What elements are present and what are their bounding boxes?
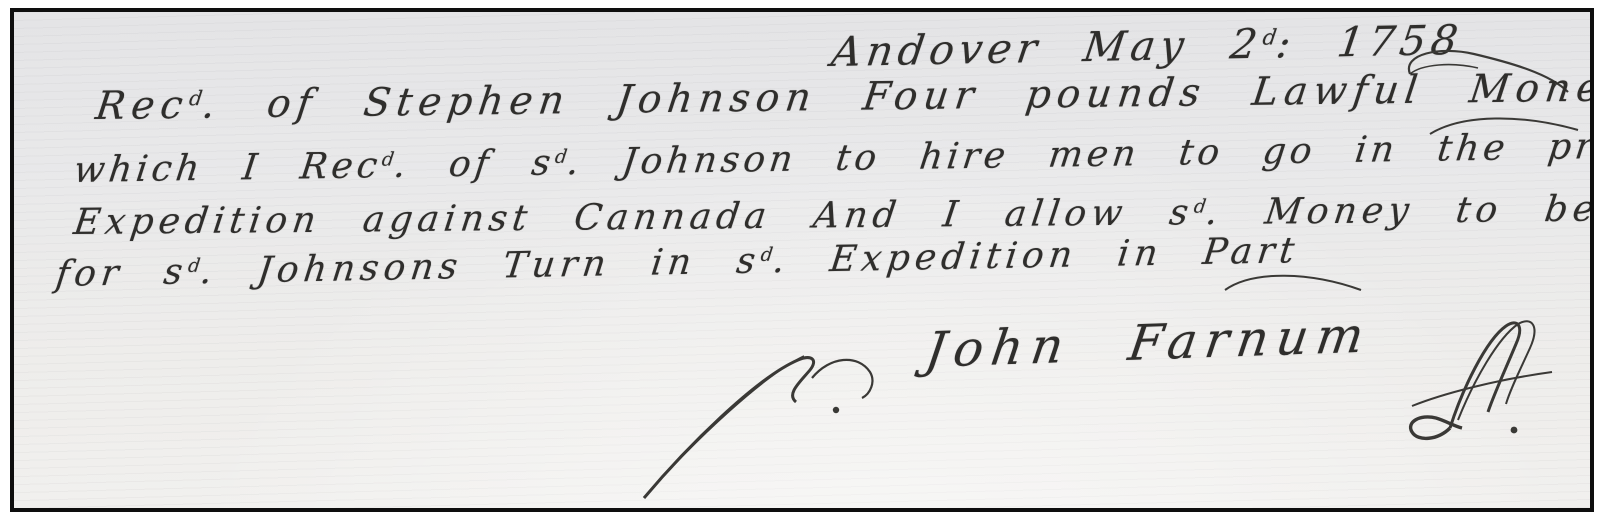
- receipt-paper: Andover May 2d: 1758 Recd. of Stephen Jo…: [14, 12, 1590, 508]
- per-flourish-mark: [626, 338, 896, 512]
- receipt-text-line-3: Expedition against Cannada And I allow s…: [71, 189, 1594, 243]
- dateline: Andover May 2d: 1758: [829, 16, 1466, 76]
- signature: John Farnum: [922, 307, 1375, 379]
- document-scan-frame: Andover May 2d: 1758 Recd. of Stephen Jo…: [10, 8, 1594, 512]
- clerk-flourish-mark: [1402, 310, 1582, 454]
- receipt-text-line-2: which I Recd. of sd. Johnson to hire men…: [71, 124, 1594, 191]
- receipt-text-line-1: Recd. of Stephen Johnson Four pounds Law…: [93, 65, 1594, 129]
- line4-swash-flourish: [1219, 260, 1369, 314]
